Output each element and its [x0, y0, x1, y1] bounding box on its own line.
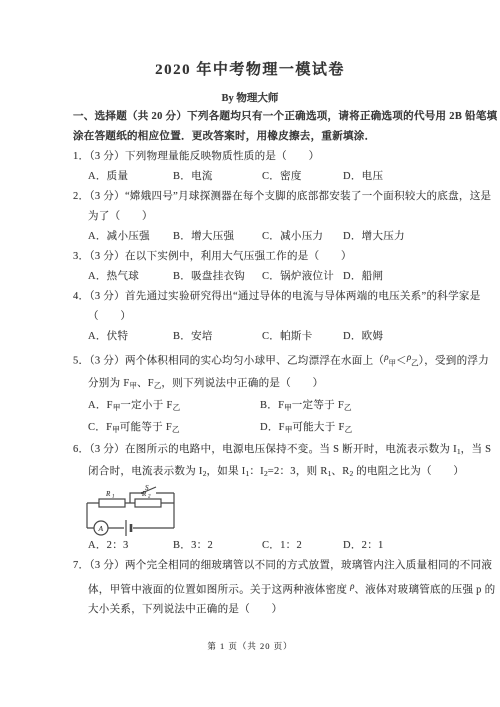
question-4-option-c: C．帕斯卡: [262, 327, 343, 347]
page-number: 第 1 页（共 20 页）: [0, 640, 500, 652]
section-header-line-1: 一、选择题（共 20 分）下列各题均只有一个正确选项，请将正确选项的代号用 2B…: [73, 107, 465, 127]
question-7-stem-line-2: 体，甲管中液面的位置如图所示。关于这两种液体密度 ρ、液体对玻璃管底的压强 p …: [73, 576, 465, 601]
resistor-r1-label: R: [105, 490, 111, 498]
resistor-r1-subscript: 1: [112, 494, 115, 499]
question-1-option-b: B．电流: [173, 167, 262, 187]
question-4-option-d: D．欧姆: [343, 327, 465, 347]
question-6-option-b: B．3：2: [173, 536, 262, 556]
resistor-r2-subscript: 2: [148, 494, 151, 499]
question-5-option-a: A．F甲一定小于 F乙: [88, 396, 260, 418]
question-2-stem-line-1: 2．（3 分）“嫦娥四号”月球探测器在每个支脚的底部都安装了一个面积较大的底盘，…: [73, 187, 465, 207]
question-4-option-b: B．安培: [173, 327, 262, 347]
question-6-option-d: D．2：1: [343, 536, 465, 556]
question-5-options-row-1: A．F甲一定小于 F乙 B．F甲一定等于 F乙: [88, 396, 465, 418]
resistor-r1-icon: [99, 499, 125, 507]
question-5-stem-line-2: 分别为 F甲、F乙，则下列说法中正确的是（ ）: [73, 374, 465, 396]
question-5-option-c: C．F甲可能等于 F乙: [88, 418, 260, 440]
circuit-diagram-figure: R 1 R 2 S: [79, 484, 465, 536]
question-4-option-a: A．伏特: [88, 327, 173, 347]
question-1-options: A．质量 B．电流 C．密度 D．电压: [88, 167, 465, 187]
question-6-stem-line-1: 6．（3 分）在图所示的电路中，电源电压保持不变。当 S 断开时，电流表示数为 …: [73, 440, 465, 462]
question-6-option-a: A．2：3: [88, 536, 173, 556]
resistor-r2-icon: [135, 499, 161, 507]
question-2-stem-line-2: 为了（ ）: [73, 207, 465, 227]
question-2-option-c: C．减小压力: [262, 227, 343, 247]
exam-body: 一、选择题（共 20 分）下列各题均只有一个正确选项，请将正确选项的代号用 2B…: [73, 107, 465, 620]
question-1: 1．（3 分）下列物理量能反映物质性质的是（ ） A．质量 B．电流 C．密度 …: [73, 147, 465, 187]
question-4-options: A．伏特 B．安培 C．帕斯卡 D．欧姆: [88, 327, 465, 347]
switch-icon: [130, 487, 174, 503]
question-7-stem-line-3: 大小关系，下列说法中正确的是（ ）: [73, 600, 465, 620]
question-1-option-d: D．电压: [343, 167, 465, 187]
switch-label: S: [145, 484, 149, 492]
question-3-option-b: B．吸盘挂衣钩: [173, 267, 262, 287]
page-title: 2020 年中考物理一模试卷: [0, 58, 500, 79]
question-3-stem: 3．（3 分）在以下实例中，利用大气压强工作的是（ ）: [73, 247, 465, 267]
question-3: 3．（3 分）在以下实例中，利用大气压强工作的是（ ） A．热气球 B．吸盘挂衣…: [73, 247, 465, 287]
question-3-options: A．热气球 B．吸盘挂衣钩 C．锅炉液位计 D．船闸: [88, 267, 465, 287]
exam-paper-page: 2020 年中考物理一模试卷 By 物理大师 一、选择题（共 20 分）下列各题…: [0, 0, 500, 707]
question-7: 7．（3 分）两个完全相同的细玻璃管以不同的方式放置，玻璃管内注入质量相同的不同…: [73, 556, 465, 621]
ammeter-label: A: [98, 524, 104, 533]
circuit-diagram: R 1 R 2 S: [79, 484, 179, 536]
byline: By 物理大师: [0, 90, 500, 105]
question-5: 5．（3 分）两个体积相同的实心均匀小球甲、乙均漂浮在水面上（ρ甲＜ρ乙），受到…: [73, 347, 465, 440]
question-1-option-c: C．密度: [262, 167, 343, 187]
question-5-option-b: B．F甲一定等于 F乙: [260, 396, 465, 418]
question-5-stem-line-1: 5．（3 分）两个体积相同的实心均匀小球甲、乙均漂浮在水面上（ρ甲＜ρ乙），受到…: [73, 347, 465, 374]
question-1-option-a: A．质量: [88, 167, 173, 187]
question-1-stem: 1．（3 分）下列物理量能反映物质性质的是（ ）: [73, 147, 465, 167]
question-2-option-b: B．增大压强: [173, 227, 262, 247]
question-4-stem-line-2: （ ）: [73, 307, 465, 327]
question-2-option-d: D．增大压力: [343, 227, 465, 247]
question-3-option-a: A．热气球: [88, 267, 173, 287]
question-6: 6．（3 分）在图所示的电路中，电源电压保持不变。当 S 断开时，电流表示数为 …: [73, 440, 465, 556]
question-7-stem-line-1: 7．（3 分）两个完全相同的细玻璃管以不同的方式放置，玻璃管内注入质量相同的不同…: [73, 556, 465, 576]
battery-icon: [126, 520, 131, 536]
question-5-options-row-2: C．F甲可能等于 F乙 D．F甲可能大于 F乙: [88, 418, 465, 440]
question-6-stem-line-2: 闭合时，电流表示数为 I2，如果 I1：I2=2：3，则 R1、R2 的电阻之比…: [73, 462, 465, 484]
question-2-option-a: A．减小压强: [88, 227, 173, 247]
question-5-option-d: D．F甲可能大于 F乙: [260, 418, 465, 440]
question-6-option-c: C．1：2: [262, 536, 343, 556]
question-4-stem-line-1: 4．（3 分）首先通过实验研究得出“通过导体的电流与导体两端的电压关系”的科学家…: [73, 287, 465, 307]
question-2: 2．（3 分）“嫦娥四号”月球探测器在每个支脚的底部都安装了一个面积较大的底盘，…: [73, 187, 465, 247]
question-4: 4．（3 分）首先通过实验研究得出“通过导体的电流与导体两端的电压关系”的科学家…: [73, 287, 465, 347]
question-3-option-c: C．锅炉液位计: [262, 267, 343, 287]
question-2-options: A．减小压强 B．增大压强 C．减小压力 D．增大压力: [88, 227, 465, 247]
question-6-options: A．2：3 B．3：2 C．1：2 D．2：1: [88, 536, 465, 556]
question-3-option-d: D．船闸: [343, 267, 465, 287]
section-header-line-2: 涂在答题纸的相应位置．更改答案时，用橡皮擦去，重新填涂．: [73, 127, 465, 147]
